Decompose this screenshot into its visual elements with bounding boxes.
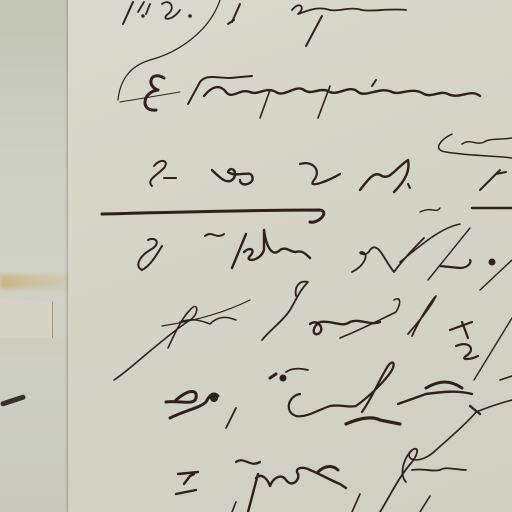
paper-strip: [0, 338, 68, 356]
manuscript-photo: 1.VI.89. E. Theophrastus: [0, 0, 512, 512]
water-stain: [0, 275, 68, 289]
handwriting-strokes: [68, 0, 512, 512]
manuscript-page: 1.VI.89. E. Theophrastus: [68, 0, 512, 512]
paper-tab: [0, 299, 53, 343]
backing-board: [0, 0, 70, 512]
